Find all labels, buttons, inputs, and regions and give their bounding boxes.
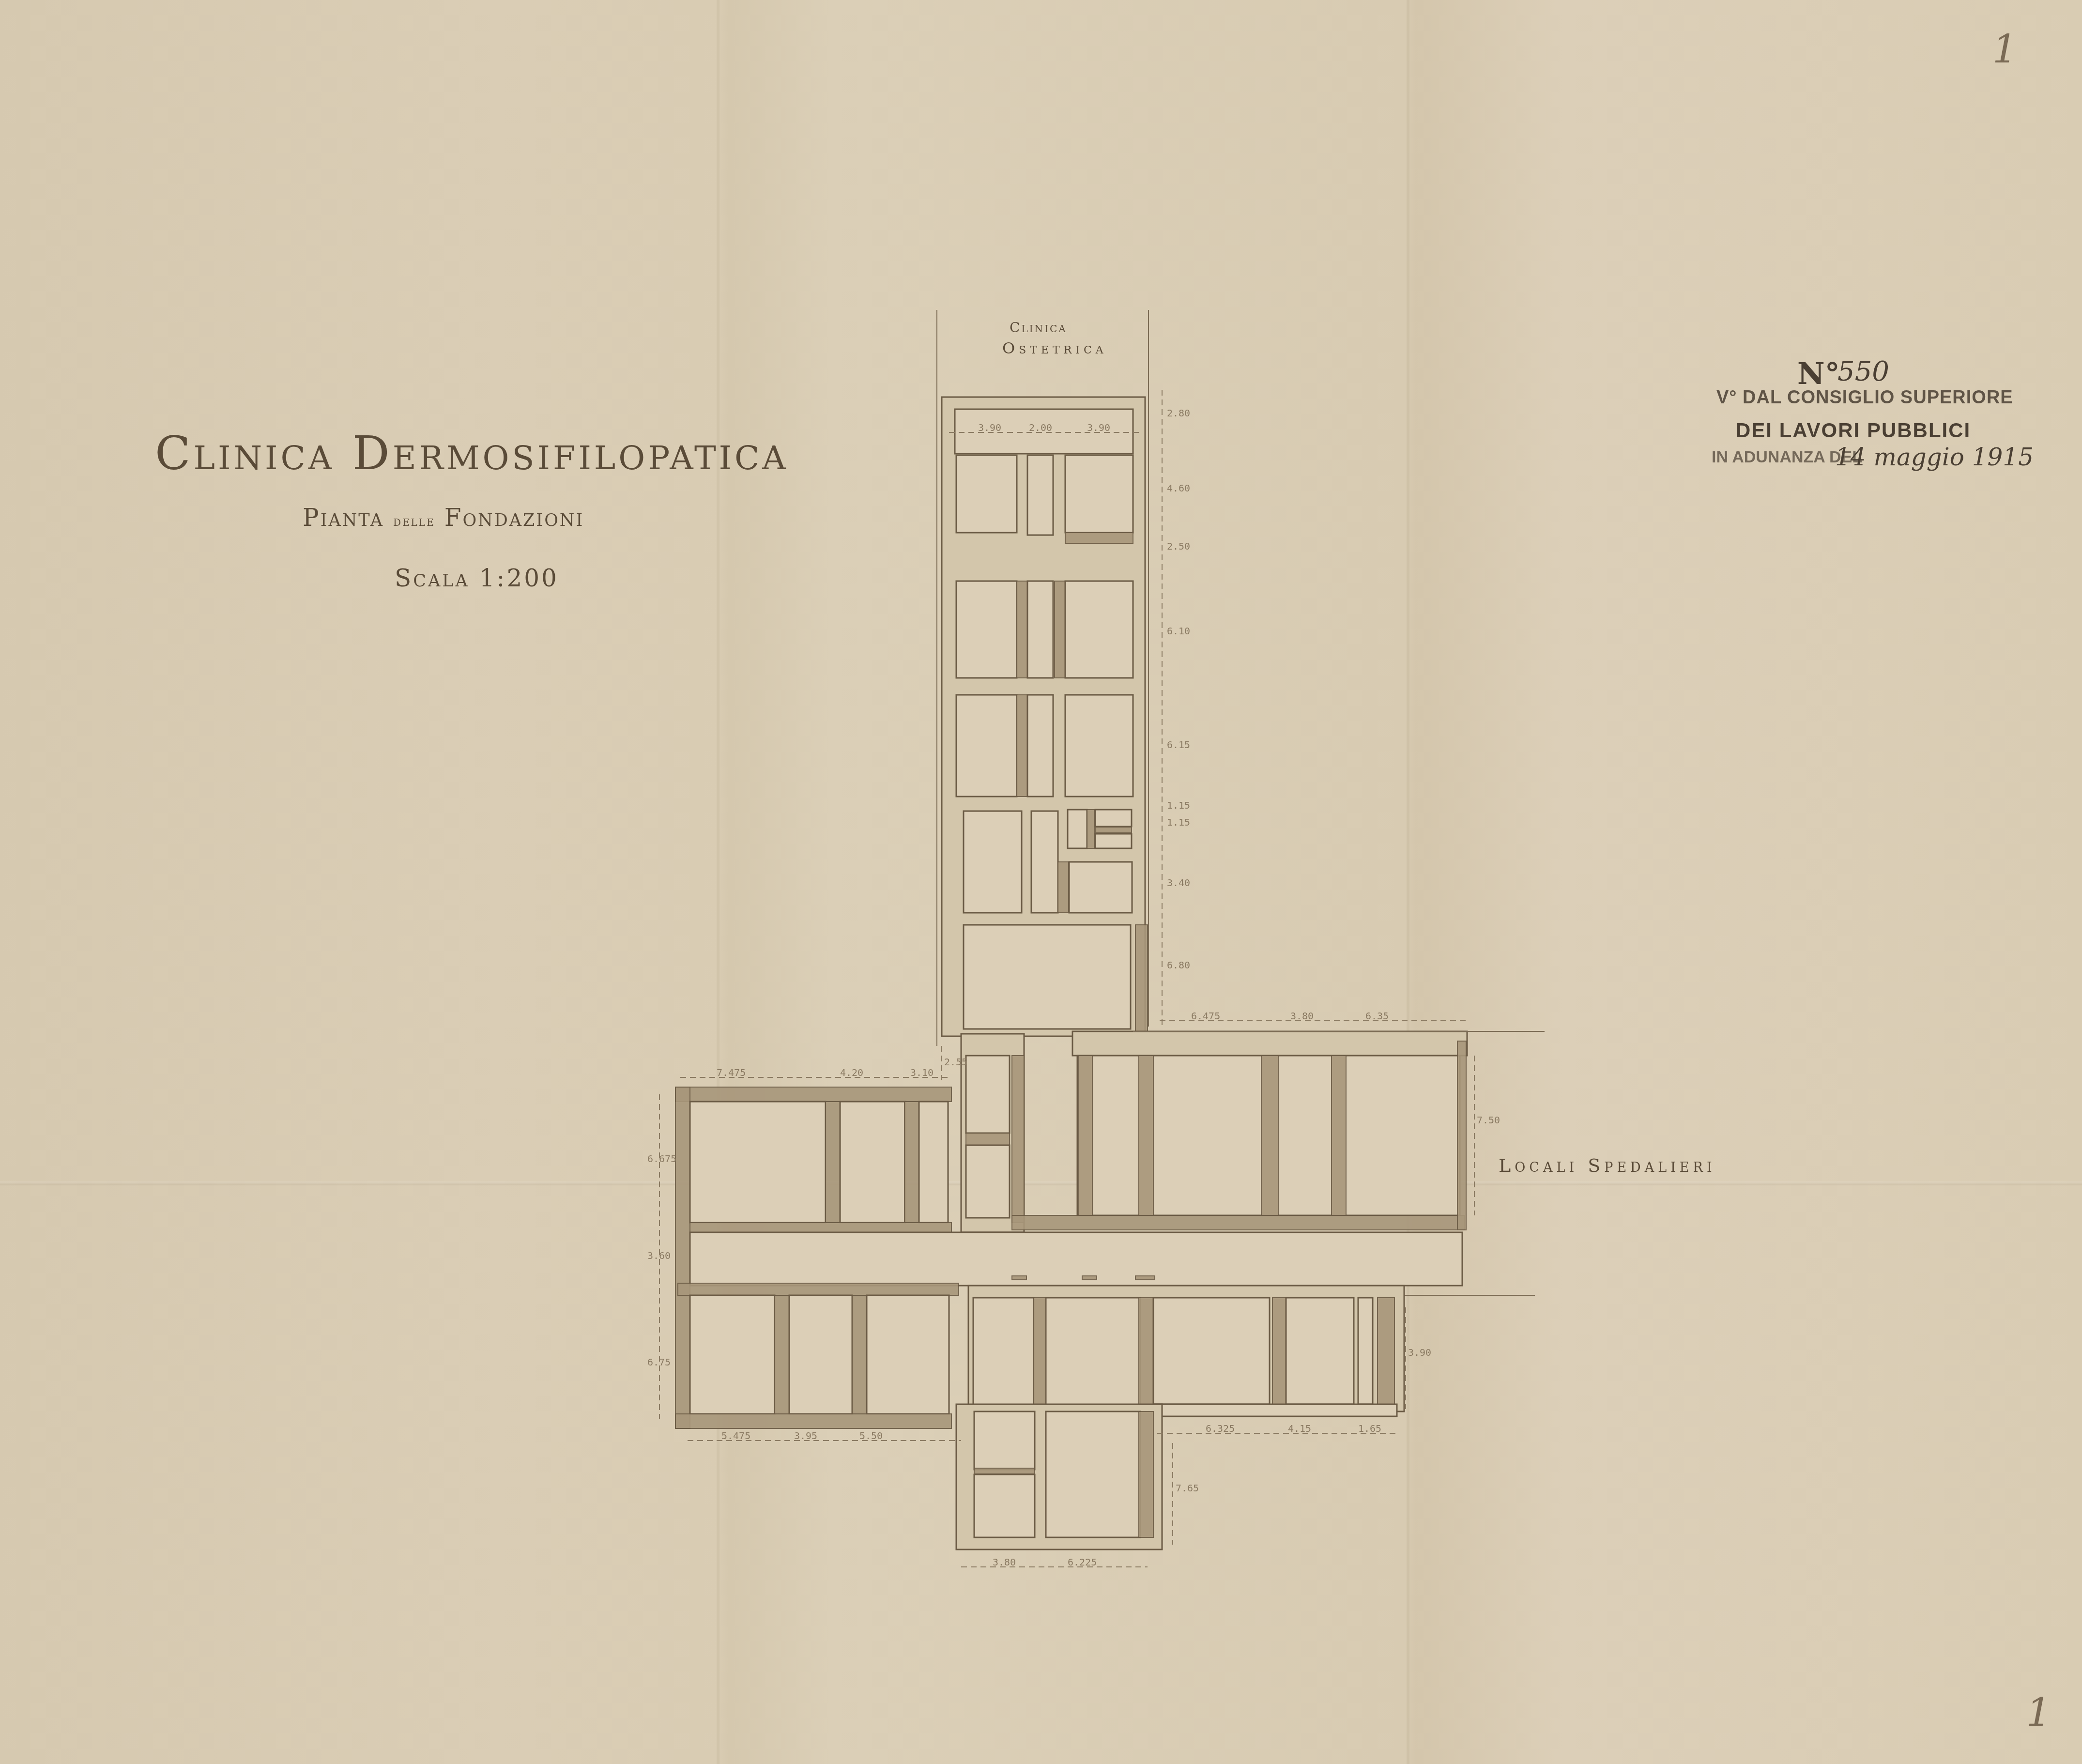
stamp-line-1: V° DAL CONSIGLIO SUPERIORE (1716, 387, 2013, 408)
drawing-title: Clinica Dermosifilopatica (155, 426, 789, 480)
svg-text:7.475: 7.475 (717, 1067, 746, 1078)
svg-text:6.225: 6.225 (1068, 1556, 1097, 1568)
drawing-subtitle: Pianta delle Fondazioni (303, 504, 584, 532)
stamp-adunanza: IN ADUNANZA (1712, 448, 1825, 466)
svg-text:3.80: 3.80 (1290, 1010, 1314, 1022)
svg-text:7.65: 7.65 (1176, 1482, 1199, 1494)
svg-text:1.65: 1.65 (1358, 1423, 1381, 1434)
svg-text:6.75: 6.75 (647, 1356, 671, 1368)
svg-text:6.325: 6.325 (1206, 1423, 1235, 1434)
svg-text:2.80: 2.80 (1167, 407, 1190, 419)
scale-value: 1:200 (479, 564, 559, 592)
label-ostetrica: Ostetrica (1002, 339, 1107, 357)
page-number-bottom: 1 (2026, 1690, 2051, 1735)
subtitle-fondazioni: Fondazioni (444, 504, 584, 532)
svg-text:6.80: 6.80 (1167, 959, 1190, 971)
svg-text:2.50: 2.50 (1167, 540, 1190, 552)
stamp-date: 14 maggio 1915 (1835, 443, 2034, 471)
svg-text:7.50: 7.50 (1477, 1114, 1500, 1126)
label-clinica: Clinica (1010, 320, 1067, 336)
subtitle-pianta: Pianta (303, 504, 384, 532)
svg-text:4.20: 4.20 (840, 1067, 863, 1078)
svg-text:3.90: 3.90 (1087, 422, 1110, 433)
scale-label: Scala (395, 564, 470, 592)
svg-text:3.10: 3.10 (910, 1067, 934, 1078)
drawing-scale: Scala 1:200 (395, 564, 559, 592)
stamp-number: 550 (1837, 356, 1889, 387)
svg-text:5.475: 5.475 (721, 1430, 750, 1442)
svg-text:6.15: 6.15 (1167, 739, 1190, 751)
svg-text:4.15: 4.15 (1288, 1423, 1311, 1434)
svg-text:2.55: 2.55 (944, 1056, 967, 1068)
svg-text:5.50: 5.50 (859, 1430, 883, 1442)
svg-text:1.15: 1.15 (1167, 816, 1190, 828)
stamp-line-2: DEI LAVORI PUBBLICI (1736, 419, 1971, 442)
svg-text:6.35: 6.35 (1365, 1010, 1389, 1022)
svg-text:1.15: 1.15 (1167, 799, 1190, 811)
svg-text:4.60: 4.60 (1167, 482, 1190, 494)
foundation-plan-drawing: .w{fill:#d3c6ab;stroke:#6b5b45;stroke-wi… (0, 0, 2082, 1764)
stamp-number-prefix: N° (1797, 356, 1840, 391)
svg-text:6.475: 6.475 (1191, 1010, 1220, 1022)
svg-text:3.95: 3.95 (794, 1430, 817, 1442)
subtitle-delle: delle (393, 513, 435, 529)
svg-text:3.90: 3.90 (978, 422, 1001, 433)
page-number-top: 1 (1992, 27, 2017, 72)
svg-text:3.80: 3.80 (993, 1556, 1016, 1568)
label-locali-spedalieri: Locali Spedalieri (1499, 1155, 1716, 1176)
svg-text:6.10: 6.10 (1167, 625, 1190, 637)
svg-text:6.675: 6.675 (647, 1153, 676, 1165)
svg-text:3.40: 3.40 (1167, 877, 1190, 889)
svg-text:3.90: 3.90 (1408, 1347, 1431, 1358)
svg-text:3.60: 3.60 (647, 1250, 671, 1261)
svg-text:2.00: 2.00 (1029, 422, 1052, 433)
